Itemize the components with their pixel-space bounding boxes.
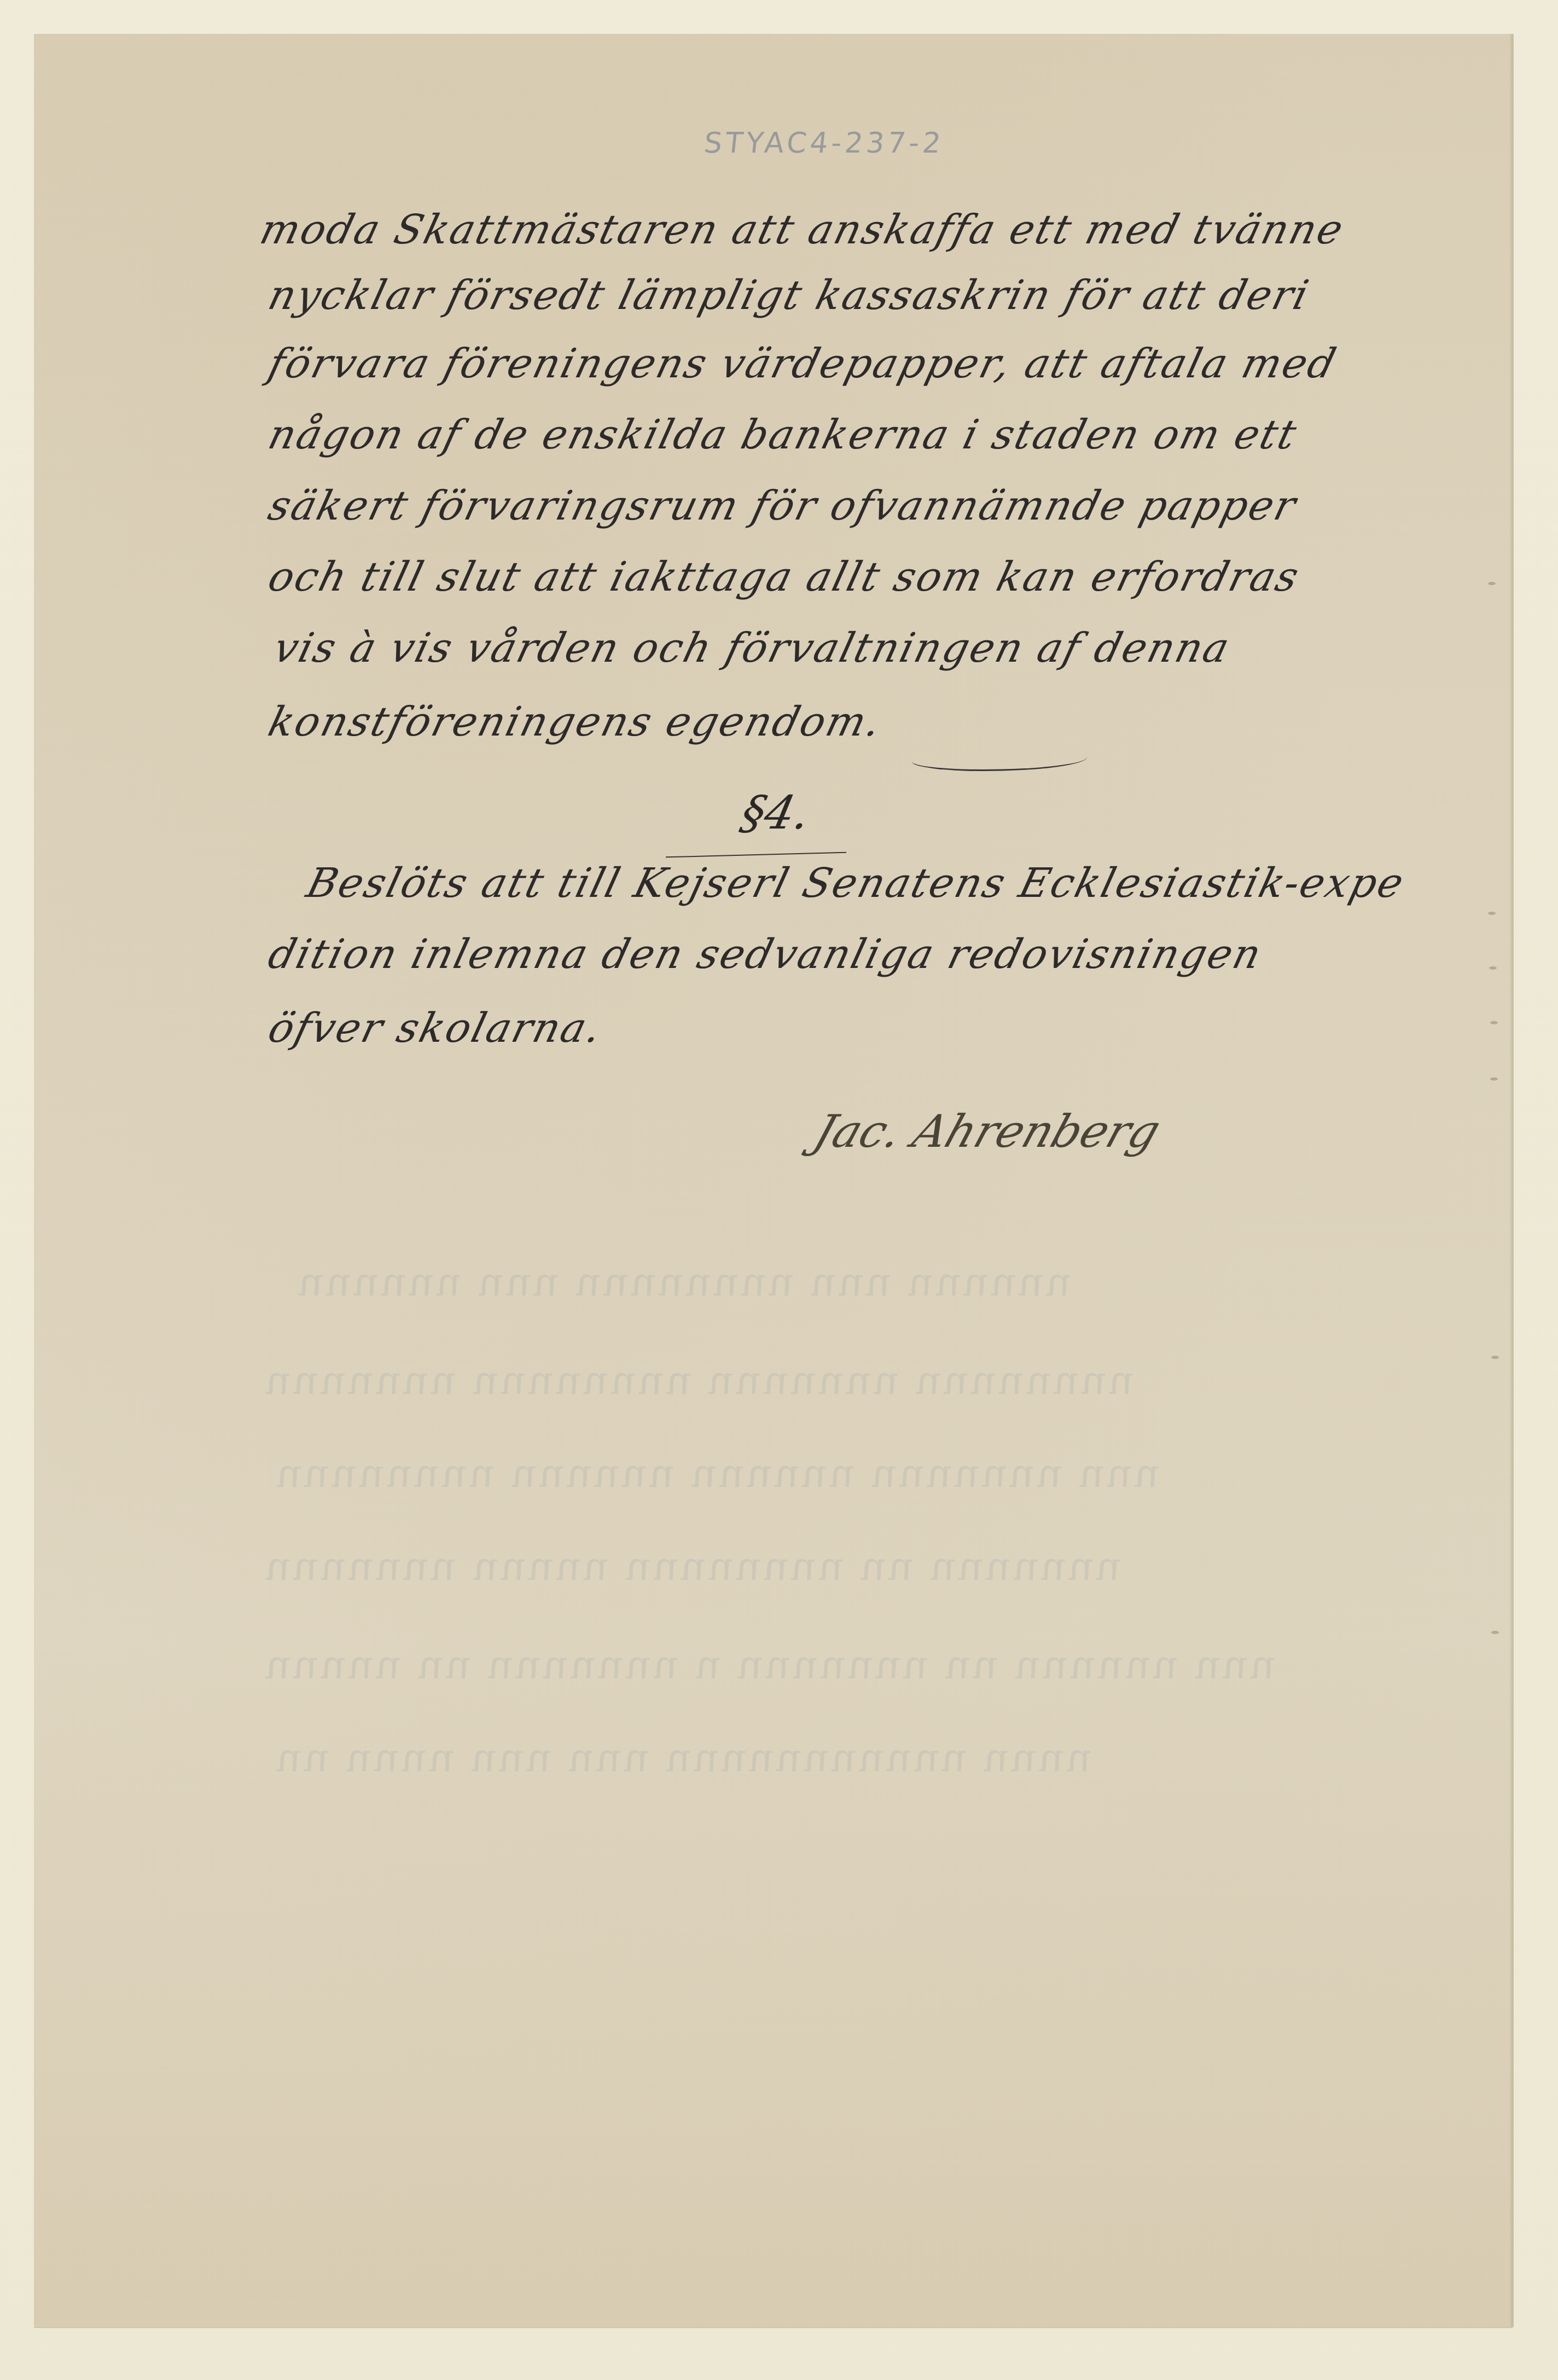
bleed-through-line: nnn nnnnnnn nnnnnn nnnnnn nnnnnnnn	[269, 1450, 1166, 1496]
sewing-hole-mark	[1490, 1021, 1498, 1024]
manuscript-line: konstföreningens egendom.	[264, 698, 887, 745]
sewing-hole-mark	[1491, 1631, 1499, 1634]
sewing-hole-mark	[1488, 912, 1496, 915]
bleed-through-line: nnn nnnnnn nn nnnnnnn n nnnnnnn nn nnnnn	[258, 1642, 1282, 1688]
manuscript-line: säkert förvaringsrum för ofvannämnde pap…	[264, 482, 1302, 529]
manuscript-line: vis à vis vården och förvaltningen af de…	[269, 625, 1235, 672]
manuscript-page: STYAC4-237-2 moda Skattmästaren att ansk…	[34, 34, 1513, 2327]
section-underline	[666, 852, 846, 858]
manuscript-line: förvara föreningens värdepapper, att aft…	[264, 340, 1342, 387]
bleed-through-line: nnnnnnnn nnnnnnn nnnnnnnn nnnnnnn	[258, 1357, 1141, 1403]
paper-edge	[1509, 34, 1513, 2327]
bleed-through-line: nnnn nnnnnnnnnnn nnn nnn nnnn nn	[269, 1735, 1098, 1781]
manuscript-line: dition inlemna den sedvanliga redovisnin…	[264, 931, 1268, 978]
line-end-flourish	[912, 748, 1087, 771]
manuscript-line: nycklar försedt lämpligt kassaskrin för …	[264, 272, 1315, 319]
manuscript-line: och till slut att iakttaga allt som kan …	[264, 553, 1305, 600]
manuscript-line: någon af de enskilda bankerna i staden o…	[264, 411, 1303, 458]
bleed-through-line: nnnnnn nnn nnnnnnnn nnn nnnnnn	[291, 1259, 1078, 1305]
document-viewer: STYAC4-237-2 moda Skattmästaren att ansk…	[0, 0, 1558, 2380]
sewing-hole-mark	[1489, 966, 1497, 970]
bleed-through-line: nnnnnnn nn nnnnnnnn nnnnn nnnnnnn	[258, 1543, 1127, 1589]
archive-reference-mark: STYAC4-237-2	[702, 127, 946, 160]
manuscript-line: öfver skolarna.	[264, 1005, 608, 1052]
section-heading: §4.	[737, 786, 815, 839]
sewing-hole-mark	[1488, 582, 1496, 585]
sewing-hole-mark	[1490, 1077, 1498, 1081]
signature: Jac. Ahrenberg	[808, 1106, 1167, 1158]
manuscript-line: moda Skattmästaren att anskaffa ett med …	[255, 206, 1349, 253]
sewing-hole-mark	[1491, 1356, 1499, 1359]
manuscript-line: Beslöts att till Kejserl Senatens Eckles…	[302, 860, 1410, 907]
